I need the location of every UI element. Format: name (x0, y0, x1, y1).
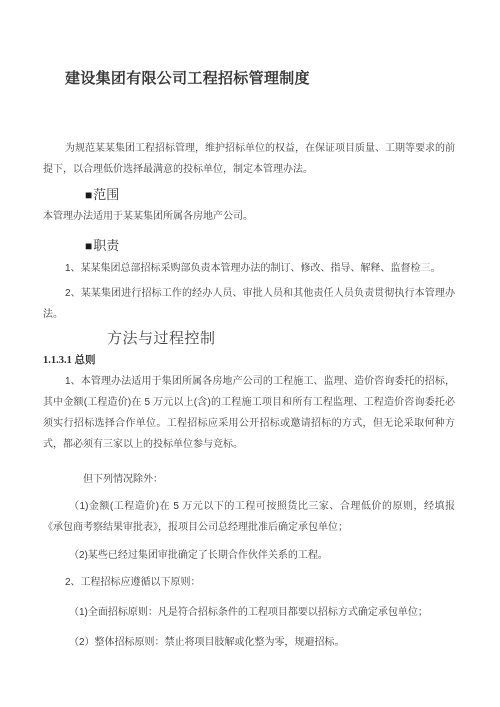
square-bullet-icon: ■ (85, 186, 92, 204)
square-bullet-icon: ■ (85, 237, 92, 255)
method-paragraph: （2)某些已经过集团审批确定了长期合作伙伴关系的工程。 (43, 545, 455, 566)
intro-paragraph: 为规范某某集团工程招标管理，维护招标单位的权益，在保证项目质量、工期等要求的前提… (43, 138, 455, 180)
method-paragraph: 1、本管理办法适用于集团所属各房地产公司的工程施工、监理、造价咨询委托的招标，其… (43, 371, 455, 455)
duty-item-1: 1、某某集团总部招标采购部负责本管理办法的制订、修改、指导、解释、监督检三。 (43, 258, 455, 279)
page-title: 建设集团有限公司工程招标管理制度 (65, 66, 455, 92)
duty-item-1-text: 1、某某集团总部招标采购部负责本管理办法的制订、修改、指导、解释、监督检 (65, 263, 421, 274)
duty-heading: ■职责 (85, 237, 455, 255)
duty-item-1-light-char: 三 (421, 263, 431, 274)
scope-body-paragraph: 本管理办法适用于某某集团所属各房地产公司。 (43, 206, 455, 227)
method-paragraph: （1)全面招标原则：凡是符合招标条件的工程项目都要以招标方式确定承包单位； (43, 602, 455, 623)
method-section-heading: 方法与过程控制 (107, 329, 455, 349)
duty-item-2: 2、某某集团进行招标工作的经办人员、审批人员和其他责任人员负责贯彻执行本管理办法… (43, 283, 455, 325)
method-paragraph: 但下列情况除外： (43, 469, 455, 490)
document-page: 建设集团有限公司工程招标管理制度 为规范某某集团工程招标管理，维护招标单位的权益… (0, 0, 500, 707)
method-paragraph: 2、工程招标应遵循以下原则： (43, 572, 455, 593)
method-subheading: 1.1.3.1 总则 (43, 350, 455, 371)
duty-item-1-period: 。 (431, 263, 441, 274)
method-paragraph: （1)金额(工程造价)在 5 万元以下的工程可按照货比三家、合理低价的原则，经填… (43, 496, 455, 538)
scope-heading: ■范围 (85, 186, 455, 204)
scope-heading-label: 范围 (93, 187, 119, 202)
method-paragraph: （2）整体招标原则：禁止将项目肢解或化整为零，规避招标。 (43, 632, 455, 653)
duty-heading-label: 职责 (93, 238, 119, 253)
